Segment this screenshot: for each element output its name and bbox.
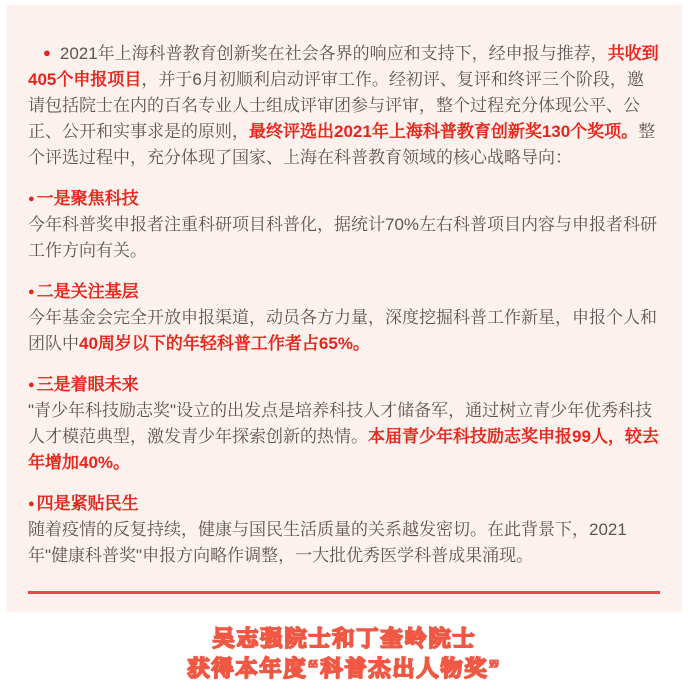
section: ●四是紧贴民生 随着疫情的反复持续，健康与国民生活质量的关系越发密切。在此背景下…: [28, 491, 660, 569]
body-text: 今年科普奖申报者注重科研项目科普化，据统计70%左右科普项目内容与申报者科研工作…: [28, 215, 657, 260]
section-title-text: 三是着眼未来: [37, 375, 139, 394]
section-paragraph: 今年科普奖申报者注重科研项目科普化，据统计70%左右科普项目内容与申报者科研工作…: [28, 212, 660, 264]
footer-line-1: 吴志强院士和丁奎岭院士: [0, 624, 689, 654]
intro-paragraph: ●2021年上海科普教育创新奖在社会各界的响应和支持下，经申报与推荐，共收到40…: [28, 40, 660, 171]
section-title-text: 二是关注基层: [37, 282, 139, 301]
sections-container: ●一是聚焦科技 今年科普奖申报者注重科研项目科普化，据统计70%左右科普项目内容…: [28, 186, 660, 569]
section-paragraph: 随着疫情的反复持续，健康与国民生活质量的关系越发密切。在此背景下，2021年"健…: [28, 517, 660, 569]
section-paragraph: 今年基金会完全开放申报渠道，动员各方力量，深度挖掘科普工作新星，申报个人和团队中…: [28, 305, 660, 357]
section: ●一是聚焦科技 今年科普奖申报者注重科研项目科普化，据统计70%左右科普项目内容…: [28, 186, 660, 264]
bullet-icon: ●: [28, 193, 35, 205]
section-paragraph: "青少年科技励志奖"设立的出发点是培养科技人才储备军，通过树立青少年优秀科技人才…: [28, 398, 660, 476]
section-title: ●三是着眼未来: [28, 372, 660, 398]
section-title-text: 四是紧贴民生: [37, 494, 139, 513]
bullet-icon: ●: [43, 45, 51, 60]
footer-line-2: 获得本年度“科普杰出人物奖”: [0, 654, 689, 684]
red-divider: [28, 591, 660, 594]
section: ●二是关注基层 今年基金会完全开放申报渠道，动员各方力量，深度挖掘科普工作新星，…: [28, 279, 660, 357]
section: ●三是着眼未来 "青少年科技励志奖"设立的出发点是培养科技人才储备军，通过树立青…: [28, 372, 660, 476]
intro-text: 2021年上海科普教育创新奖在社会各界的响应和支持下，经申报与推荐，共收到405…: [28, 44, 659, 167]
bullet-icon: ●: [28, 379, 35, 391]
article-panel: ●2021年上海科普教育创新奖在社会各界的响应和支持下，经申报与推荐，共收到40…: [7, 5, 682, 612]
highlighted-text: 最终评选出2021年上海科普教育创新奖130个奖项。: [249, 122, 638, 141]
body-text: 随着疫情的反复持续，健康与国民生活质量的关系越发密切。在此背景下，2021年"健…: [28, 520, 627, 565]
body-text: 2021年上海科普教育创新奖在社会各界的响应和支持下，经申报与推荐，: [60, 44, 608, 63]
bullet-icon: ●: [28, 498, 35, 510]
section-title: ●二是关注基层: [28, 279, 660, 305]
bullet-icon: ●: [28, 286, 35, 298]
footer-award-title: 吴志强院士和丁奎岭院士 获得本年度“科普杰出人物奖”: [0, 624, 689, 684]
section-title: ●四是紧贴民生: [28, 491, 660, 517]
highlighted-text: 40周岁以下的年轻科普工作者占65%。: [79, 334, 370, 353]
section-title: ●一是聚焦科技: [28, 186, 660, 212]
section-title-text: 一是聚焦科技: [37, 189, 139, 208]
